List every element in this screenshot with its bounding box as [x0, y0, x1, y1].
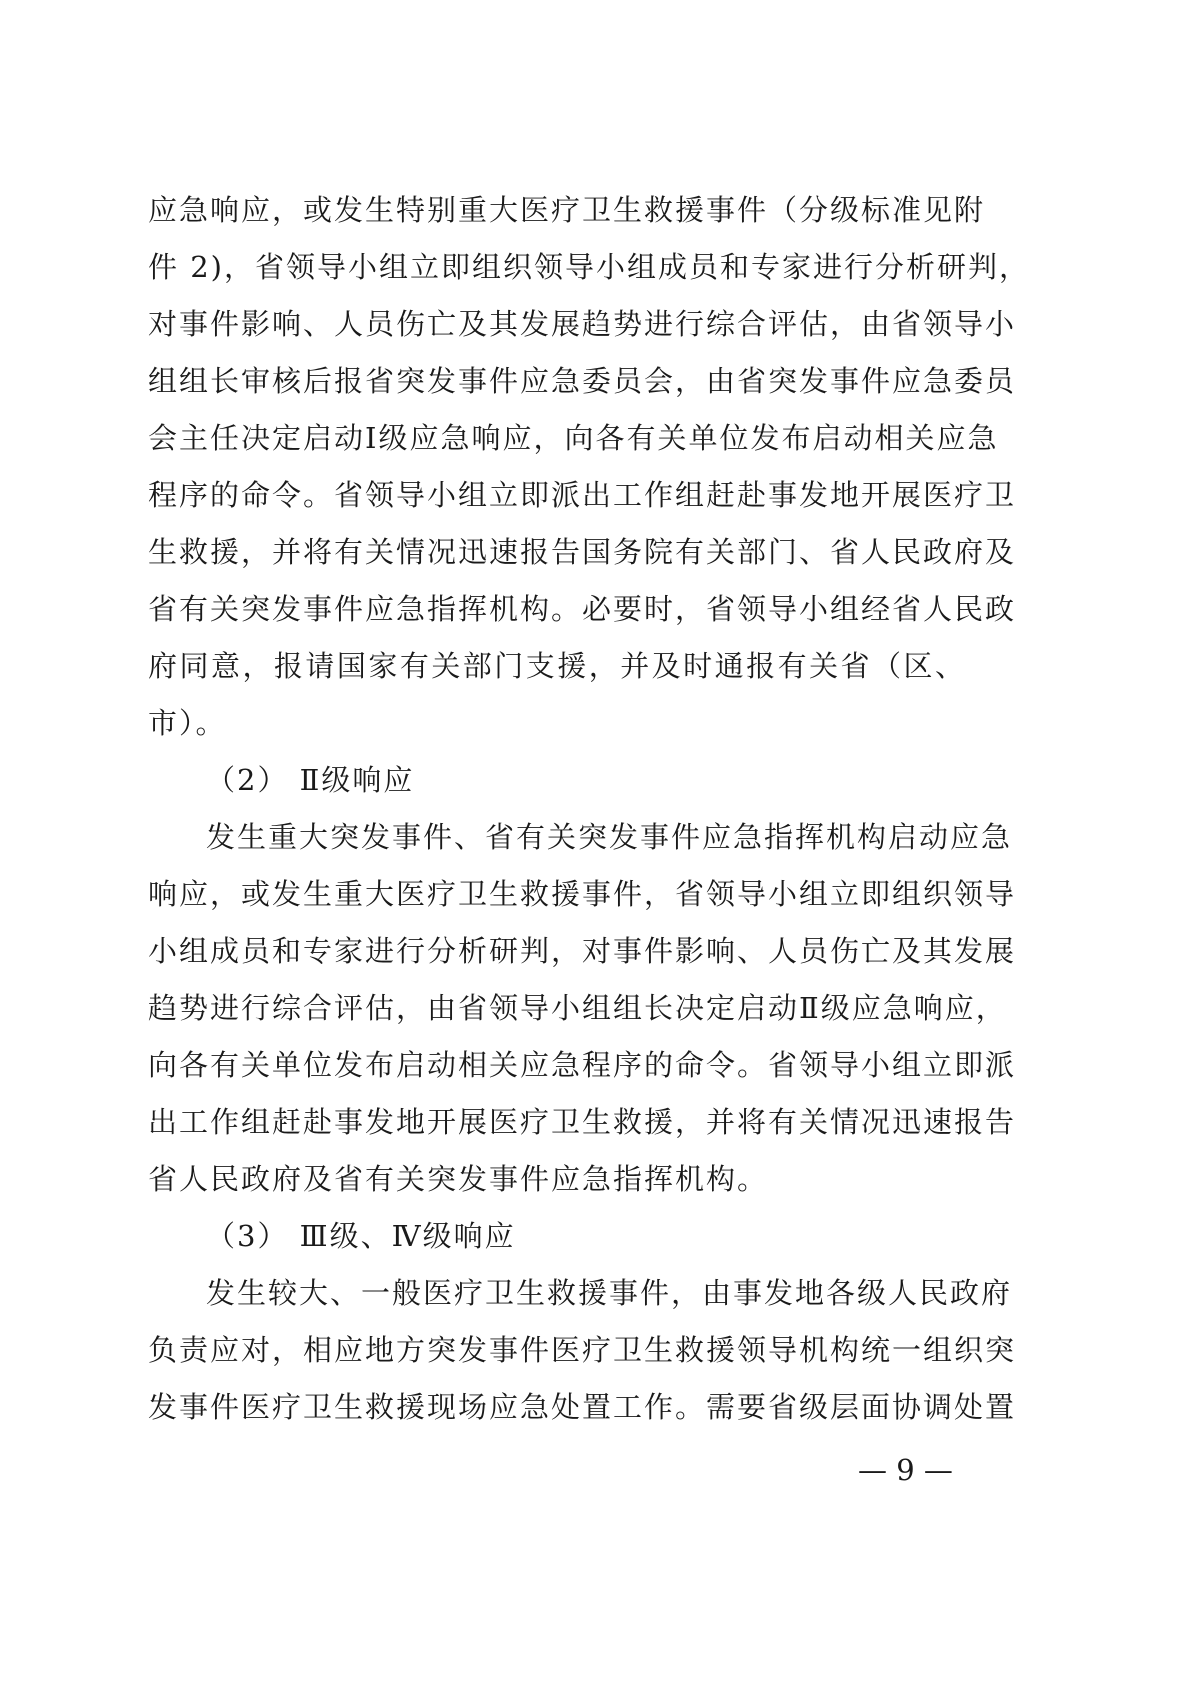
page-number: — 9 —: [858, 1450, 953, 1490]
text-line: 对事件影响、人员伤亡及其发展趋势进行综合评估，由省领导小: [148, 304, 966, 344]
text-line: 发生较大、一般医疗卫生救援事件，由事发地各级人民政府: [206, 1273, 966, 1313]
text-line: 组组长审核后报省突发事件应急委员会，由省突发事件应急委员: [148, 361, 966, 401]
text-line: 小组成员和专家进行分析研判，对事件影响、人员伤亡及其发展: [148, 931, 966, 971]
text-line: 应急响应，或发生特别重大医疗卫生救援事件（分级标准见附: [148, 190, 966, 230]
text-line: 趋势进行综合评估，由省领导小组组长决定启动Ⅱ级应急响应，: [148, 988, 966, 1028]
text-line: 发生重大突发事件、省有关突发事件应急指挥机构启动应急: [206, 817, 966, 857]
text-line: 发事件医疗卫生救援现场应急处置工作。需要省级层面协调处置: [148, 1387, 966, 1427]
text-line: 省人民政府及省有关突发事件应急指挥机构。: [148, 1159, 966, 1199]
text-line: 件 2)，省领导小组立即组织领导小组成员和专家进行分析研判，: [148, 247, 966, 287]
text-line: 市）。: [148, 703, 966, 743]
text-line: 出工作组赶赴事发地开展医疗卫生救援，并将有关情况迅速报告: [148, 1102, 966, 1142]
section-heading-level-2: （2） Ⅱ级响应: [206, 760, 414, 800]
text-line: 响应，或发生重大医疗卫生救援事件，省领导小组立即组织领导: [148, 874, 966, 914]
text-line: 负责应对，相应地方突发事件医疗卫生救援领导机构统一组织突: [148, 1330, 966, 1370]
text-line: 省有关突发事件应急指挥机构。必要时，省领导小组经省人民政: [148, 589, 966, 629]
text-line: 程序的命令。省领导小组立即派出工作组赶赴事发地开展医疗卫: [148, 475, 966, 515]
document-page: 应急响应，或发生特别重大医疗卫生救援事件（分级标准见附 件 2)，省领导小组立即…: [0, 0, 1190, 1683]
text-line: 府同意，报请国家有关部门支援，并及时通报有关省（区、: [148, 646, 966, 686]
text-line: 向各有关单位发布启动相关应急程序的命令。省领导小组立即派: [148, 1045, 966, 1085]
text-line: 生救援，并将有关情况迅速报告国务院有关部门、省人民政府及: [148, 532, 966, 572]
text-line: 会主任决定启动Ⅰ级应急响应，向各有关单位发布启动相关应急: [148, 418, 966, 458]
section-heading-level-3-4: （3） Ⅲ级、Ⅳ级响应: [206, 1216, 516, 1256]
